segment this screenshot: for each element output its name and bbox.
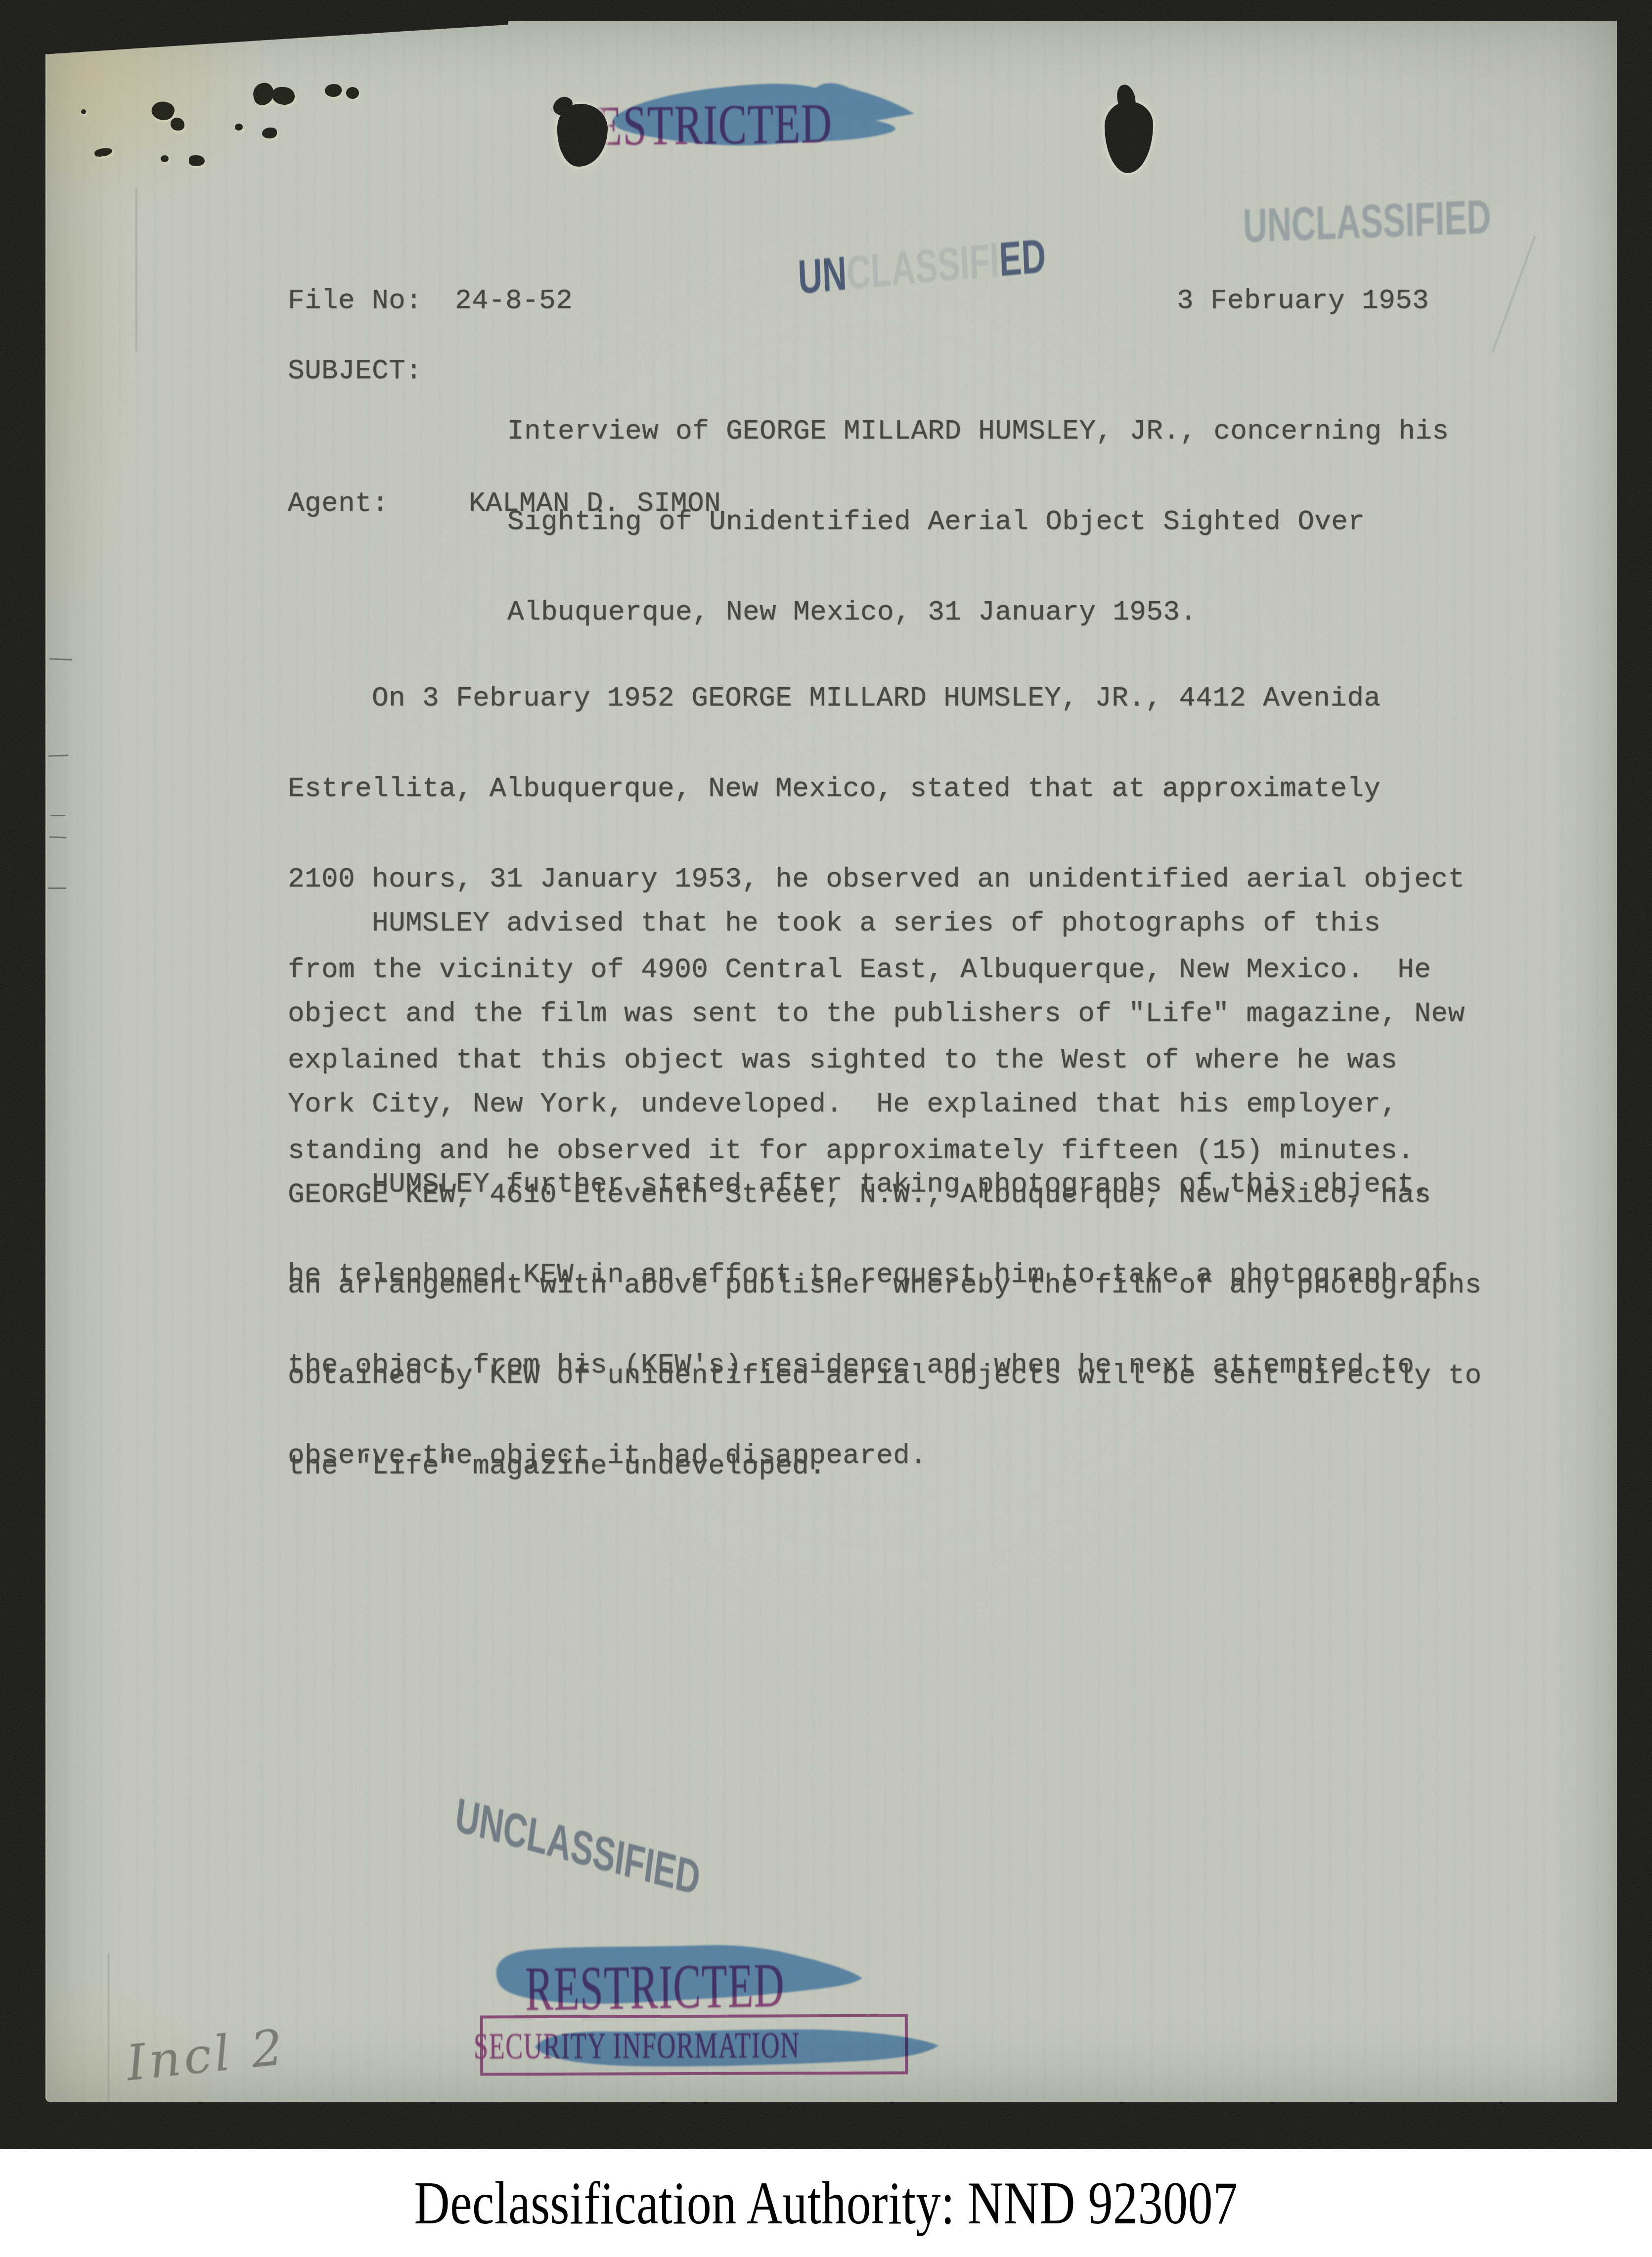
paper-damage-speck <box>189 155 205 166</box>
edge-tear-notch <box>48 887 66 889</box>
scanned-document-screenshot: RESTRICTED UNCLASSIFIED UNCLASSIFIED Fil… <box>0 0 1652 2257</box>
agent-name: KALMAN D. SIMON <box>469 488 721 519</box>
paragraph-3: HUMSLEY further stated after taking phot… <box>288 1109 1448 1531</box>
subject-label: SUBJECT: <box>288 356 422 386</box>
agent-label: Agent: <box>288 488 389 519</box>
paper-damage-speck <box>262 128 277 138</box>
body-line: HUMSLEY advised that he took a series of… <box>288 908 1481 938</box>
document-date: 3 February 1953 <box>1177 286 1429 316</box>
edge-tear-notch <box>50 815 65 816</box>
paper-damage-speck <box>171 118 184 131</box>
body-line: HUMSLEY further stated after taking phot… <box>288 1169 1448 1199</box>
paper-damage-speck <box>346 87 359 99</box>
body-line: observe the object it had disappeared. <box>288 1441 1448 1471</box>
paper-damage-speck <box>325 84 342 97</box>
blue-marker-strike-bottom <box>490 1941 865 2010</box>
subject-line: Interview of GEORGE MILLARD HUMSLEY, JR.… <box>507 416 1449 446</box>
unclassified-partial-ed: ED <box>998 228 1047 286</box>
body-line: object and the film was sent to the publ… <box>288 999 1481 1029</box>
paper-damage-speck <box>272 87 295 105</box>
paper-damage-speck <box>161 155 169 162</box>
file-number-label: File No: <box>288 286 422 316</box>
blue-marker-strike-box <box>529 2020 944 2072</box>
paper-crease <box>135 188 137 351</box>
declassification-footer: Declassification Authority: NND 923007 <box>0 2149 1652 2257</box>
blue-marker-strike-top <box>606 78 917 150</box>
unclassified-partial-un: UN <box>797 246 848 304</box>
paper-damage-speck <box>81 109 86 114</box>
unclassified-stamp-top-right: UNCLASSIFIED <box>1243 192 1491 250</box>
file-number-value: 24-8-52 <box>455 286 573 316</box>
paper-crease <box>108 1953 109 2101</box>
body-line: the object from his (KEW's) residence an… <box>288 1350 1448 1380</box>
body-line: he telephoned KEW in an effort to reques… <box>288 1260 1448 1290</box>
declassification-authority-text: Declassification Authority: NND 923007 <box>414 2168 1238 2238</box>
body-line: Estrellita, Albuquerque, New Mexico, sta… <box>288 774 1465 804</box>
paper-damage-speck <box>235 124 243 131</box>
body-line: On 3 February 1952 GEORGE MILLARD HUMSLE… <box>288 683 1465 713</box>
